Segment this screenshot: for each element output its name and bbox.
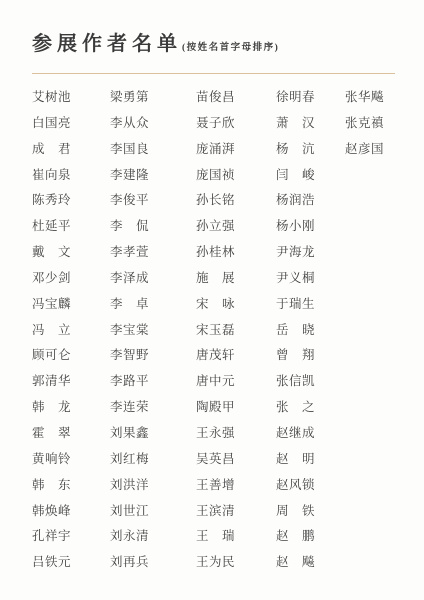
author-name: 刘洪洋 (110, 473, 196, 499)
author-name: 赵 鹏 (276, 524, 345, 550)
author-name: 庞涌湃 (196, 137, 276, 163)
author-name: 赵彦国 (345, 137, 396, 163)
author-name: 赵继成 (276, 421, 345, 447)
author-name: 冯 立 (32, 318, 110, 344)
author-name: 周 铁 (276, 499, 345, 525)
author-name: 李宝棠 (110, 318, 196, 344)
author-name: 霍 翠 (32, 421, 110, 447)
document-page: 参展作者名单 (按姓名首字母排序) 艾树池白国亮成 君崔向泉陈秀玲杜延平戴 文邓… (0, 0, 424, 600)
author-name: 王 瑞 (196, 524, 276, 550)
author-name: 于瑞生 (276, 292, 345, 318)
author-name: 张信凯 (276, 369, 345, 395)
author-name: 孙长铭 (196, 188, 276, 214)
author-column-4: 徐明春萧 汉杨 沆闫 峻杨润浩杨小刚尹海龙尹义桐于瑞生岳 晓曾 翔张信凯张 之赵… (276, 85, 345, 576)
author-name: 岳 晓 (276, 318, 345, 344)
author-name: 闫 峻 (276, 163, 345, 189)
header: 参展作者名单 (按姓名首字母排序) (32, 26, 396, 56)
author-name: 曾 翔 (276, 343, 345, 369)
author-name: 陈秀玲 (32, 188, 110, 214)
author-name: 白国亮 (32, 111, 110, 137)
author-name: 施 展 (196, 266, 276, 292)
author-column-5: 张华飚张克禛赵彦国 (345, 85, 396, 576)
page-title: 参展作者名单 (32, 32, 182, 56)
author-name: 冯宝麟 (32, 292, 110, 318)
author-name: 韩 东 (32, 473, 110, 499)
author-name: 李俊平 (110, 188, 196, 214)
author-name: 李建隆 (110, 163, 196, 189)
author-name: 宋玉磊 (196, 318, 276, 344)
author-name: 李国良 (110, 137, 196, 163)
author-name: 唐中元 (196, 369, 276, 395)
author-column-3: 苗俊昌聂子欣庞涌湃庞国祯孙长铭孙立强孙桂林施 展宋 咏宋玉磊唐茂轩唐中元陶殿甲王… (196, 85, 276, 576)
author-name: 刘果鑫 (110, 421, 196, 447)
author-name: 戴 文 (32, 240, 110, 266)
author-name: 尹海龙 (276, 240, 345, 266)
author-name: 李路平 (110, 369, 196, 395)
author-name: 李从众 (110, 111, 196, 137)
author-name: 李孝萱 (110, 240, 196, 266)
author-name: 成 君 (32, 137, 110, 163)
author-name: 尹义桐 (276, 266, 345, 292)
author-name: 杨 沆 (276, 137, 345, 163)
author-name: 吴英昌 (196, 447, 276, 473)
author-name: 杨小刚 (276, 214, 345, 240)
author-name: 黄响铃 (32, 447, 110, 473)
author-name: 刘红梅 (110, 447, 196, 473)
author-name: 宋 咏 (196, 292, 276, 318)
author-name: 王永强 (196, 421, 276, 447)
author-name: 张华飚 (345, 85, 396, 111)
author-name: 李 卓 (110, 292, 196, 318)
author-name: 刘再兵 (110, 550, 196, 576)
author-name: 唐茂轩 (196, 343, 276, 369)
author-name: 徐明春 (276, 85, 345, 111)
author-name: 郭清华 (32, 369, 110, 395)
author-name: 聂子欣 (196, 111, 276, 137)
author-name: 李连荣 (110, 395, 196, 421)
author-name: 李智野 (110, 343, 196, 369)
author-column-1: 艾树池白国亮成 君崔向泉陈秀玲杜延平戴 文邓少剑冯宝麟冯 立顾可仑郭清华韩 龙霍… (32, 85, 110, 576)
author-name: 刘世江 (110, 499, 196, 525)
author-name: 王善增 (196, 473, 276, 499)
author-name: 韩 龙 (32, 395, 110, 421)
author-name: 赵风锁 (276, 473, 345, 499)
author-grid: 艾树池白国亮成 君崔向泉陈秀玲杜延平戴 文邓少剑冯宝麟冯 立顾可仑郭清华韩 龙霍… (32, 85, 396, 576)
author-name: 刘永清 (110, 524, 196, 550)
author-name: 庞国祯 (196, 163, 276, 189)
author-name: 张 之 (276, 395, 345, 421)
author-name: 李泽成 (110, 266, 196, 292)
author-name: 苗俊昌 (196, 85, 276, 111)
author-name: 孔祥宇 (32, 524, 110, 550)
author-name: 陶殿甲 (196, 395, 276, 421)
author-name: 李 侃 (110, 214, 196, 240)
author-column-2: 梁勇第李从众李国良李建隆李俊平李 侃李孝萱李泽成李 卓李宝棠李智野李路平李连荣刘… (110, 85, 196, 576)
page-subtitle: (按姓名首字母排序) (182, 39, 279, 56)
author-name: 赵 飚 (276, 550, 345, 576)
author-name: 杜延平 (32, 214, 110, 240)
author-name: 王为民 (196, 550, 276, 576)
header-divider (32, 73, 395, 74)
author-name: 韩焕峰 (32, 499, 110, 525)
author-name: 邓少剑 (32, 266, 110, 292)
author-name: 崔向泉 (32, 163, 110, 189)
author-name: 吕铁元 (32, 550, 110, 576)
author-name: 王滨清 (196, 499, 276, 525)
author-name: 杨润浩 (276, 188, 345, 214)
author-name: 梁勇第 (110, 85, 196, 111)
author-name: 萧 汉 (276, 111, 345, 137)
author-name: 孙立强 (196, 214, 276, 240)
author-name: 艾树池 (32, 85, 110, 111)
author-name: 张克禛 (345, 111, 396, 137)
author-name: 顾可仑 (32, 343, 110, 369)
author-name: 孙桂林 (196, 240, 276, 266)
author-name: 赵 明 (276, 447, 345, 473)
